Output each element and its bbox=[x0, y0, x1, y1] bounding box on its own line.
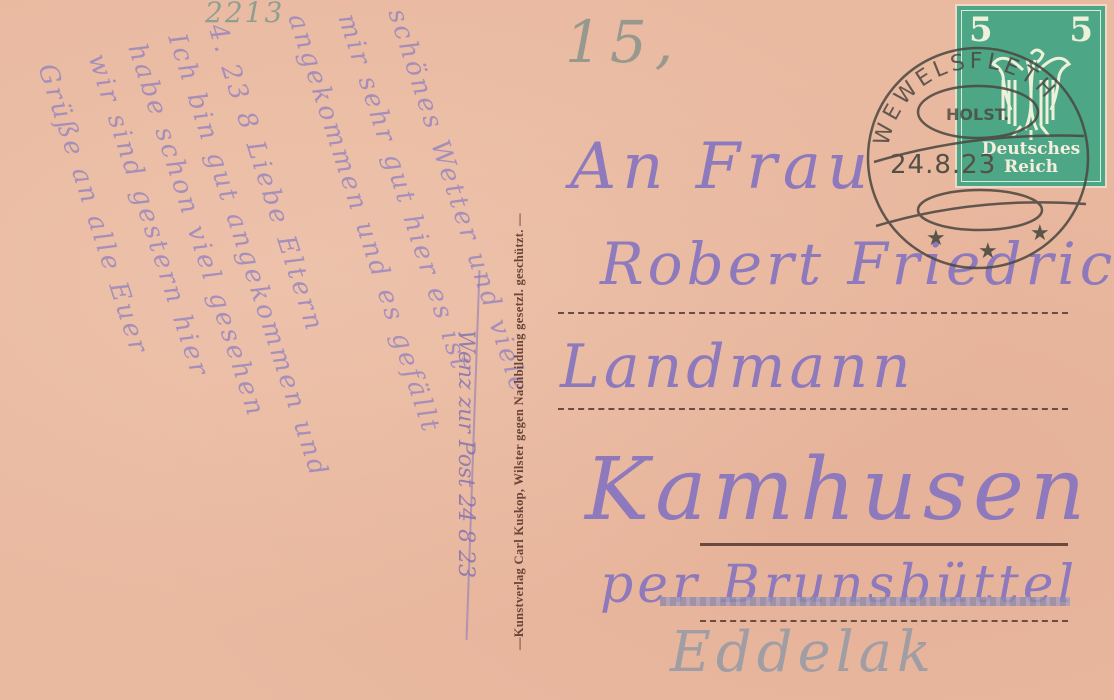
address-route-corrected: Eddelak bbox=[670, 620, 936, 685]
postcard: 2213 4. 23 8 Liebe Eltern Ich bin gut an… bbox=[0, 0, 1114, 700]
svg-text:★: ★ bbox=[926, 225, 946, 250]
address-route-struck: per Brunsbüttel bbox=[600, 555, 1078, 615]
svg-text:★: ★ bbox=[978, 238, 998, 263]
address-rule bbox=[558, 408, 1068, 410]
address-rule bbox=[558, 312, 1068, 314]
address-occupation: Landmann bbox=[560, 332, 915, 402]
address-salutation: An Frau bbox=[570, 130, 874, 204]
address-town: Kamhusen bbox=[585, 440, 1091, 540]
address-rule-town bbox=[700, 543, 1068, 546]
postmark-region: HOLST. bbox=[946, 105, 1009, 124]
postmark-date: 24.8.23 bbox=[890, 150, 996, 180]
svg-text:★: ★ bbox=[1030, 220, 1050, 245]
handwritten-message: 4. 23 8 Liebe Eltern Ich bin gut angekom… bbox=[0, 0, 500, 700]
writer-note: Wenz zur Post 24 8 23 bbox=[453, 330, 478, 578]
strikethrough-mark bbox=[660, 597, 1070, 606]
publisher-imprint: —Kunstverlag Carl Kuskop, Wilster gegen … bbox=[512, 10, 527, 650]
pencil-mark: 15, bbox=[565, 8, 681, 76]
